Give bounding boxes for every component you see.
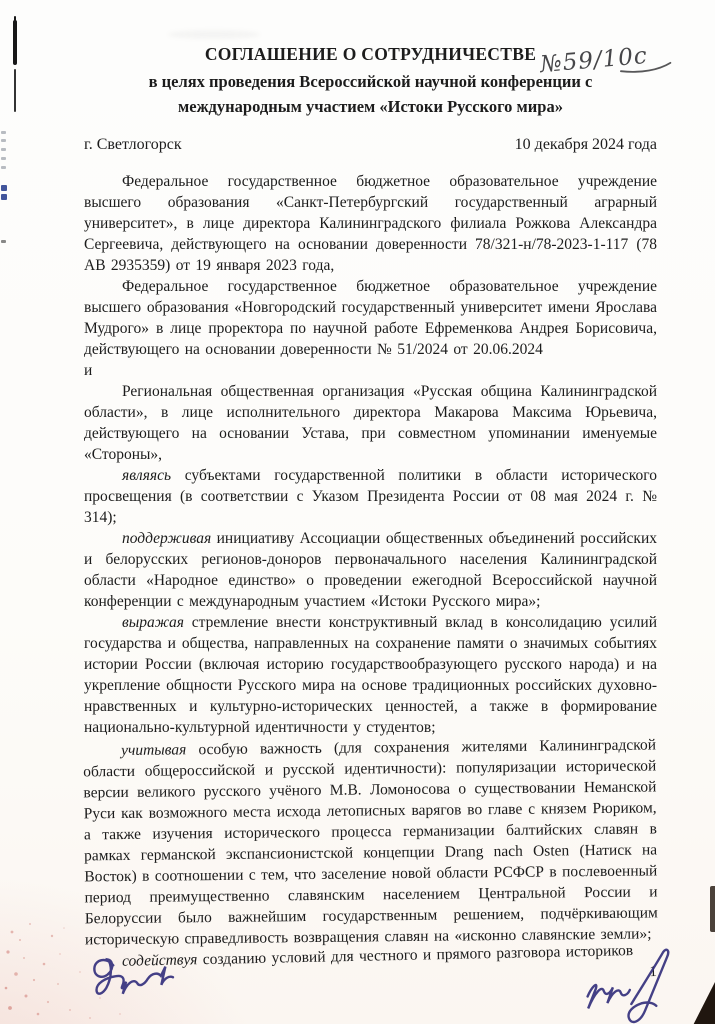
scan-edge-blue-mark (1, 185, 7, 191)
paragraph: поддерживая инициативу Ассоциации общест… (84, 528, 657, 612)
place-date-row: г. Светлогорск 10 декабря 2024 года (84, 136, 657, 154)
scan-edge-tick (1, 157, 6, 160)
scan-edge-tick (1, 240, 6, 243)
scan-edge-tick (1, 148, 6, 151)
paragraph-text: Федеральное государственное бюджетное об… (84, 278, 657, 358)
document-content: СОГЛАШЕНИЕ О СОТРУДНИЧЕСТВЕ в целях пров… (84, 42, 657, 987)
paragraph: Федеральное государственное бюджетное об… (84, 276, 657, 360)
paragraph: и (84, 360, 657, 381)
paragraph: Федеральное государственное бюджетное об… (84, 171, 657, 276)
paragraph: являясь субъектами государственной полит… (84, 465, 657, 528)
paragraph-text: Федеральное государственное бюджетное об… (84, 173, 657, 274)
scan-edge-tick (1, 131, 6, 134)
scan-edge-blue-mark (1, 194, 7, 200)
document-place: г. Светлогорск (84, 136, 182, 154)
paragraph-lead-word: являясь (122, 467, 171, 484)
paragraph-lead-word: учитывая (121, 741, 186, 759)
document-date: 10 декабря 2024 года (515, 136, 657, 154)
paragraph-lead-word: выражая (122, 614, 184, 631)
paragraph-lead-word: поддерживая (122, 530, 211, 547)
scan-smudge (168, 30, 260, 39)
signature-left (82, 945, 195, 1013)
document-title: СОГЛАШЕНИЕ О СОТРУДНИЧЕСТВЕ (84, 42, 657, 66)
scan-shadow-right-edge (710, 886, 715, 932)
paragraph-text: стремление внести конструктивный вклад в… (84, 614, 657, 736)
document-subtitle: в целях проведения Всероссийской научной… (131, 69, 611, 119)
paragraph: учитывая особую важность (для сохранения… (83, 734, 658, 950)
scan-edge-tick (1, 139, 6, 142)
document-body: Федеральное государственное бюджетное об… (84, 171, 657, 969)
scan-edge-tick (1, 166, 6, 169)
paragraph-text: Региональная общественная организация «Р… (84, 383, 657, 463)
signature-right (577, 940, 688, 1024)
paragraph: Региональная общественная организация «Р… (84, 381, 657, 465)
scan-pen-mark-top-left (13, 20, 17, 65)
scan-shadow-corner (689, 982, 715, 1024)
paragraph-text: особую важность (для сохранения жителями… (83, 736, 658, 948)
scanned-document-page: №59/10с СОГЛАШЕНИЕ О СОТРУДНИЧЕСТВЕ в це… (0, 0, 715, 1024)
paragraph-text: и (84, 362, 92, 379)
paragraph: выражая стремление внести конструктивный… (84, 612, 657, 738)
